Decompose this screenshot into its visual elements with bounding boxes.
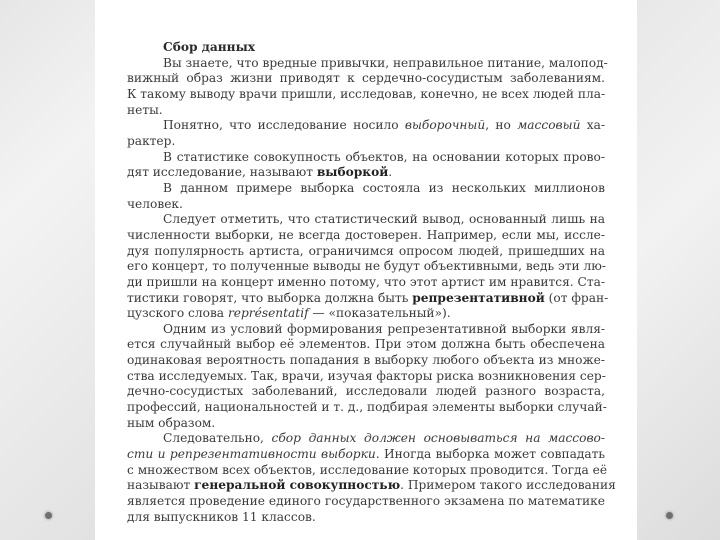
text-line: для выпускников 11 классов. bbox=[127, 510, 605, 526]
text-run: — «показательный»). bbox=[309, 306, 451, 320]
text-line: Вы знаете, что вредные привычки, неправи… bbox=[127, 56, 605, 72]
bold-term: генеральной совокупностью bbox=[194, 478, 400, 492]
text-run: рактер. bbox=[127, 134, 175, 148]
text-line: В статистике совокупность объектов, на о… bbox=[127, 150, 605, 166]
section-heading: Сбор данных bbox=[127, 40, 605, 56]
text-run: В статистике совокупность объектов, на о… bbox=[163, 150, 605, 164]
text-run: . Иногда выборка может совпадать bbox=[376, 447, 605, 461]
text-line: профессий, национальностей и т. д., подб… bbox=[127, 400, 605, 416]
text-line: дечно-сосудистых заболеваний, исследовал… bbox=[127, 384, 605, 400]
text-line: К такому выводу врачи пришли, исследовав… bbox=[127, 87, 605, 103]
text-run: Одним из условий формирования репрезента… bbox=[163, 322, 605, 336]
text-line: дуя популярность артиста, ограничимся оп… bbox=[127, 244, 605, 260]
text-line: является проведение единого государствен… bbox=[127, 494, 605, 510]
text-line: Следовательно, сбор данных должен основы… bbox=[127, 431, 605, 447]
paragraph-lines: Вы знаете, что вредные привычки, неправи… bbox=[127, 56, 605, 526]
bold-term: выборкой bbox=[317, 165, 388, 179]
text-run: вижный образ жизни приводят к сердечно-с… bbox=[127, 71, 605, 85]
text-run: Вы знаете, что вредные привычки, неправи… bbox=[163, 56, 608, 70]
text-run: дят исследование, называют bbox=[127, 165, 317, 179]
slide-bullet-right-icon bbox=[666, 512, 673, 519]
text-run: называют bbox=[127, 478, 194, 492]
italic-term: выборочный bbox=[405, 118, 485, 132]
slide-bullet-left-icon bbox=[45, 512, 52, 519]
text-line: вижный образ жизни приводят к сердечно-с… bbox=[127, 71, 605, 87]
slide-left-margin bbox=[0, 0, 95, 540]
text-run: ди пришли на концерт именно потому, что … bbox=[127, 275, 605, 289]
text-run: В данном примере выборка состояла из нес… bbox=[163, 181, 605, 195]
text-run: одинаковая вероятность попадания в выбор… bbox=[127, 353, 605, 367]
text-run: . bbox=[388, 165, 392, 179]
text-line: цузского слова représentatif — «показате… bbox=[127, 306, 605, 322]
text-run: Следовательно, bbox=[163, 431, 272, 445]
text-line: его концерт, то полученные выводы не буд… bbox=[127, 259, 605, 275]
text-line: Одним из условий формирования репрезента… bbox=[127, 322, 605, 338]
text-run: для выпускников 11 классов. bbox=[127, 510, 316, 524]
text-run: ства исследуемых. Так, врачи, изучая фак… bbox=[127, 369, 606, 383]
text-run: дечно-сосудистых заболеваний, исследовал… bbox=[127, 384, 605, 398]
text-run: Следует отметить, что статистический выв… bbox=[163, 212, 605, 226]
text-line: неты. bbox=[127, 103, 605, 119]
text-line: тистики говорят, что выборка должна быть… bbox=[127, 291, 605, 307]
text-line: с множеством всех объектов, исследование… bbox=[127, 463, 605, 479]
text-run: его концерт, то полученные выводы не буд… bbox=[127, 259, 606, 273]
text-run: цузского слова bbox=[127, 306, 228, 320]
text-run: . Примером такого исследования bbox=[400, 478, 616, 492]
text-run: ется случайный выбор её элементов. При э… bbox=[127, 337, 605, 351]
text-run: К такому выводу врачи пришли, исследовав… bbox=[127, 87, 605, 101]
text-line: ства исследуемых. Так, врачи, изучая фак… bbox=[127, 369, 605, 385]
text-run: Понятно, что исследование носило bbox=[163, 118, 405, 132]
italic-term: массовый bbox=[517, 118, 580, 132]
text-run: , но bbox=[485, 118, 517, 132]
text-run: (от фран- bbox=[545, 291, 608, 305]
text-run: является проведение единого государствен… bbox=[127, 494, 605, 508]
slide-right-margin bbox=[637, 0, 720, 540]
text-line: дят исследование, называют выборкой. bbox=[127, 165, 605, 181]
text-line: рактер. bbox=[127, 134, 605, 150]
text-line: человек. bbox=[127, 197, 605, 213]
italic-term: сти и репрезентативности выборки bbox=[127, 447, 376, 461]
text-line: численности выборки, не всегда достовере… bbox=[127, 228, 605, 244]
text-run: численности выборки, не всегда достовере… bbox=[127, 228, 605, 242]
text-line: ется случайный выбор её элементов. При э… bbox=[127, 337, 605, 353]
text-run: человек. bbox=[127, 197, 183, 211]
text-run: дуя популярность артиста, ограничимся оп… bbox=[127, 244, 605, 258]
text-run: ха- bbox=[580, 118, 605, 132]
document-text: Сбор данных Вы знаете, что вредные привы… bbox=[127, 40, 605, 525]
text-run: профессий, национальностей и т. д., подб… bbox=[127, 400, 607, 414]
italic-term: représentatif bbox=[228, 306, 309, 320]
document-page: Сбор данных Вы знаете, что вредные привы… bbox=[95, 0, 637, 540]
italic-term: сбор данных должен основываться на массо… bbox=[272, 431, 605, 445]
text-line: В данном примере выборка состояла из нес… bbox=[127, 181, 605, 197]
text-run: ным образом. bbox=[127, 416, 215, 430]
text-line: Следует отметить, что статистический выв… bbox=[127, 212, 605, 228]
text-line: Понятно, что исследование носило выбороч… bbox=[127, 118, 605, 134]
text-line: одинаковая вероятность попадания в выбор… bbox=[127, 353, 605, 369]
text-run: тистики говорят, что выборка должна быть bbox=[127, 291, 412, 305]
text-line: сти и репрезентативности выборки. Иногда… bbox=[127, 447, 605, 463]
text-line: ным образом. bbox=[127, 416, 605, 432]
text-line: ди пришли на концерт именно потому, что … bbox=[127, 275, 605, 291]
text-run: с множеством всех объектов, исследование… bbox=[127, 463, 607, 477]
bold-term: репрезентативной bbox=[412, 291, 545, 305]
text-run: неты. bbox=[127, 103, 163, 117]
text-line: называют генеральной совокупностью. Прим… bbox=[127, 478, 605, 494]
